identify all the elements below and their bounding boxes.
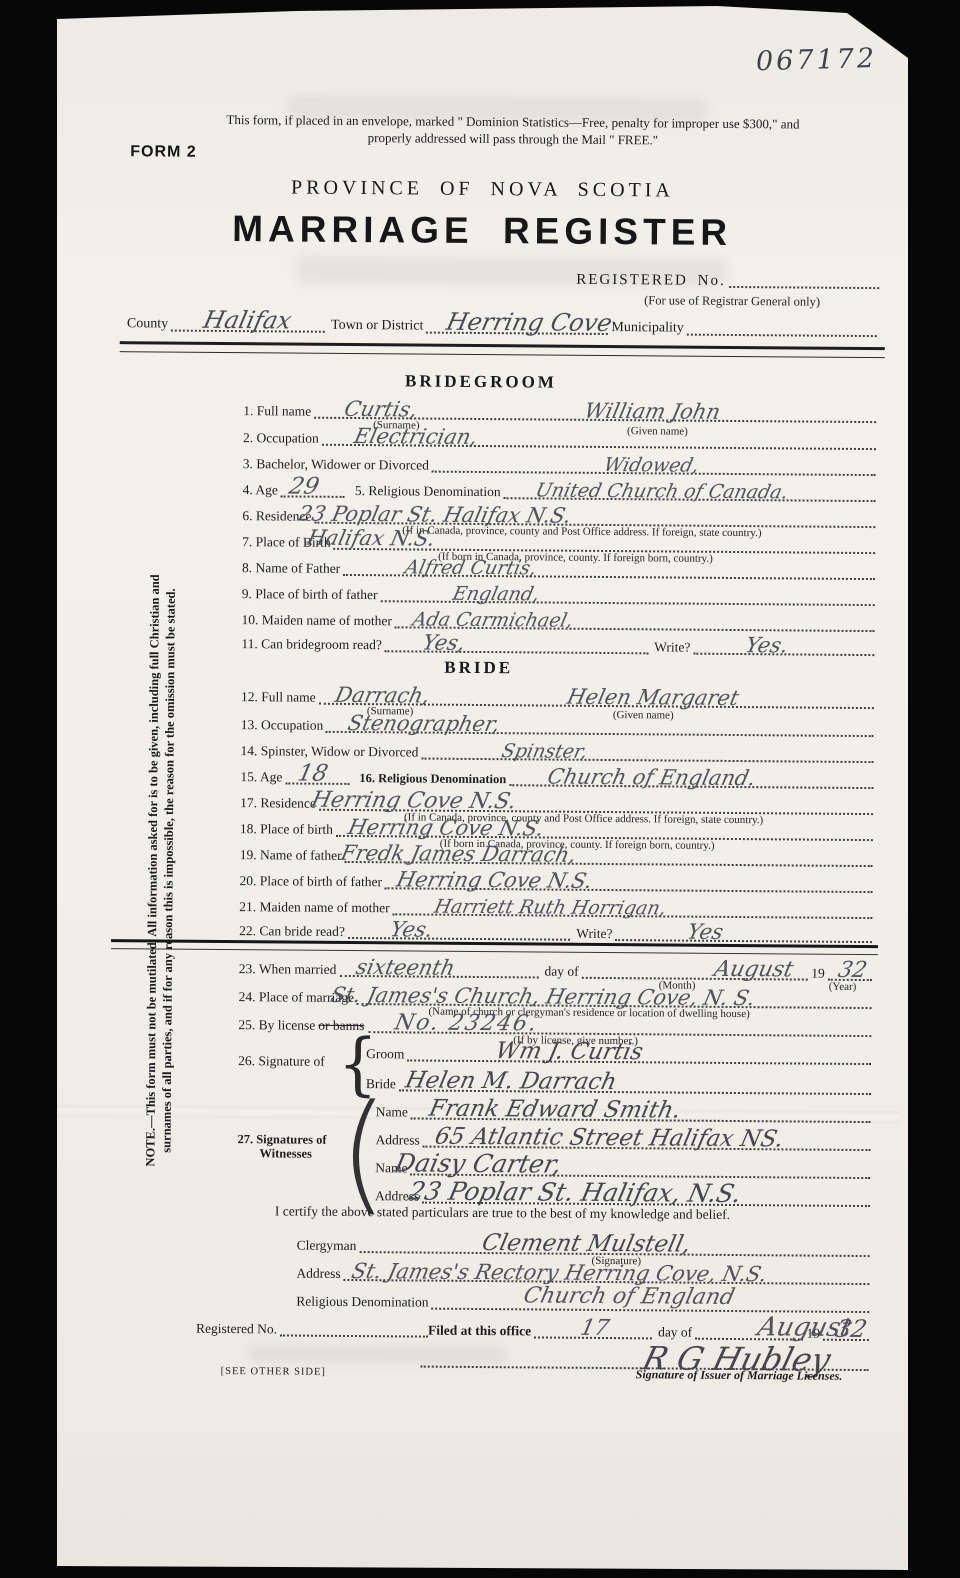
county-field: Halifax bbox=[171, 310, 325, 333]
groom-mother-field: Ada Carmichael, bbox=[395, 606, 875, 632]
groom-birthplace-value: Halifax N.S. bbox=[306, 526, 438, 551]
bride-read-label: 22. Can bride read? bbox=[239, 924, 348, 939]
clergyman-address-value: St. James's Rectory Herring Cove, N.S. bbox=[350, 1259, 770, 1286]
form-paper: 067172 This form, if placed in an envelo… bbox=[57, 6, 908, 1570]
groom-father-value: Alfred Curtis, bbox=[403, 556, 539, 579]
groom-residence-row: 6. Residence 23 Poplar St. Halifax N.S. bbox=[242, 503, 875, 528]
bride-father-birthplace-field: Herring Cove N.S. bbox=[385, 867, 873, 893]
bride-full-name-label: 12. Full name bbox=[241, 690, 319, 705]
groom-write-field: Yes. bbox=[693, 633, 874, 656]
groom-age-religion-row: 4. Age 29 5. Religious Denomination Unit… bbox=[243, 477, 876, 502]
groom-father-birthplace-row: 9. Place of birth of father England, bbox=[242, 581, 875, 606]
bride-mother-row: 21. Maiden name of mother Harriett Ruth … bbox=[239, 894, 872, 919]
bride-father-birthplace-row: 20. Place of birth of father Herring Cov… bbox=[239, 868, 872, 893]
municipality-label: Municipality bbox=[607, 321, 686, 336]
bride-read-value: Yes. bbox=[388, 917, 435, 941]
groom-religion-value: United Church of Canada. bbox=[534, 479, 791, 503]
year-field: 32 bbox=[828, 959, 872, 981]
bride-father-field: Fredk James Darrach, bbox=[345, 841, 873, 867]
bride-birthplace-row: 18. Place of birth Herring Cove N.S. bbox=[240, 816, 873, 841]
groom-birthplace-field: Halifax N.S. bbox=[334, 528, 876, 554]
bride-residence-row: 17. Residence Herring Cove N.S. bbox=[240, 790, 873, 815]
bride-given-value: Helen Margaret bbox=[565, 685, 741, 710]
groom-signature-row: Groom Wm J. Curtis bbox=[366, 1041, 871, 1065]
bride-age-religion-row: 15. Age 18 16. Religious Denomination Ch… bbox=[240, 764, 873, 789]
bride-write-label: Write? bbox=[570, 927, 615, 941]
filed-at-office-label: Filed at this office bbox=[428, 1324, 534, 1339]
witness1-address-field: 65 Atlantic Street Halifax NS. bbox=[423, 1126, 871, 1152]
groom-father-birthplace-value: England, bbox=[450, 583, 541, 606]
county-row: County Halifax Town or District Herring … bbox=[127, 311, 877, 337]
bride-mother-field: Harriett Ruth Horrigan, bbox=[393, 893, 873, 919]
footer-registered-no-label: Registered No. bbox=[196, 1322, 280, 1337]
groom-read-field: Yes, bbox=[385, 630, 648, 654]
bride-signature-value: Helen M. Darrach bbox=[403, 1067, 619, 1095]
filed-day-field: 17 bbox=[534, 1316, 652, 1339]
witness1-name-value: Frank Edward Smith. bbox=[427, 1096, 684, 1124]
bride-status-value: Spinster, bbox=[499, 740, 589, 763]
county-label: County bbox=[127, 317, 171, 331]
when-married-day-value: sixteenth bbox=[353, 955, 456, 980]
witness1-name-field: Frank Edward Smith. bbox=[411, 1097, 871, 1123]
groom-mother-row: 10. Maiden name of mother Ada Carmichael… bbox=[242, 607, 875, 632]
bride-father-birthplace-label: 20. Place of birth of father bbox=[239, 874, 385, 889]
bride-status-field: Spinster, bbox=[421, 738, 873, 764]
groom-father-birthplace-field: England, bbox=[380, 580, 874, 606]
witness-signatures-label-2: Witnesses bbox=[259, 1146, 315, 1160]
registered-no-label: REGISTERED No. bbox=[576, 273, 729, 288]
registered-no-header-row: REGISTERED No. bbox=[576, 267, 879, 289]
witness2-address-field: 23 Poplar St. Halifax, N.S. bbox=[422, 1182, 870, 1208]
when-married-row: 23. When married sixteenth day of August… bbox=[239, 956, 872, 981]
bride-residence-field: Herring Cove N.S. bbox=[319, 789, 873, 815]
groom-father-birthplace-label: 9. Place of birth of father bbox=[242, 587, 381, 602]
signature-of-label: 26. Signature of bbox=[238, 1054, 328, 1069]
bridegroom-section-heading: BRIDEGROOM bbox=[55, 369, 906, 396]
filed-day-value: 17 bbox=[578, 1316, 612, 1341]
page-content: 067172 This form, if placed in an envelo… bbox=[46, 3, 909, 1574]
clergyman-signature-value: Clement Mulstell, bbox=[479, 1230, 692, 1258]
license-value: No. 23246. bbox=[392, 1010, 541, 1036]
bride-occupation-row: 13. Occupation Stenographer, bbox=[241, 712, 874, 737]
groom-occupation-field: Electrician, bbox=[322, 424, 876, 450]
bride-age-field: 18 bbox=[285, 762, 349, 785]
clergyman-field: Clement Mulstell, bbox=[359, 1231, 869, 1257]
bride-mother-label: 21. Maiden name of mother bbox=[239, 900, 392, 915]
groom-write-label: Write? bbox=[648, 640, 693, 654]
clergyman-label: Clergyman bbox=[297, 1239, 360, 1253]
registrar-note: (For use of Registrar General only) bbox=[644, 293, 820, 309]
witness1-address-row: Address 65 Atlantic Street Halifax NS. bbox=[375, 1127, 870, 1151]
side-note: NOTE.—This form must not be mutilated. A… bbox=[142, 540, 191, 1200]
groom-signature-field: Wm J. Curtis bbox=[407, 1039, 871, 1065]
bride-religion-label: 16. Religious Denomination bbox=[349, 771, 509, 786]
clergyman-row: Clergyman Clement Mulstell, bbox=[297, 1233, 870, 1257]
county-value: Halifax bbox=[201, 306, 294, 335]
witness2-address-row: Address 23 Poplar St. Halifax, N.S. bbox=[375, 1183, 870, 1207]
page-title: MARRIAGE REGISTER bbox=[56, 207, 907, 256]
bride-status-row: 14. Spinster, Widow or Divorced Spinster… bbox=[240, 738, 873, 763]
footer-month-field: August bbox=[695, 1318, 802, 1341]
groom-father-row: 8. Name of Father Alfred Curtis, bbox=[242, 555, 875, 580]
groom-age-value: 29 bbox=[287, 474, 322, 500]
groom-read-value: Yes, bbox=[421, 631, 468, 655]
groom-full-name-row: 1. Full name Curtis, William John bbox=[243, 398, 876, 423]
issuer-signature-caption: Signature of Issuer of Marriage Licenses… bbox=[636, 1367, 843, 1384]
clergyman-address-label: Address bbox=[296, 1267, 343, 1281]
groom-religion-field: United Church of Canada. bbox=[504, 477, 876, 502]
bride-birthplace-label: 18. Place of birth bbox=[240, 822, 336, 837]
bride-religion-field: Church of England. bbox=[509, 764, 873, 789]
witness1-name-label: Name bbox=[376, 1105, 411, 1119]
groom-occupation-row: 2. Occupation Electrician, bbox=[243, 425, 876, 450]
scanned-marriage-register: { "stamp": "067172", "header": { "mail_l… bbox=[0, 0, 960, 1578]
footer-year-value: 32 bbox=[833, 1315, 870, 1343]
groom-status-field: Widowed, bbox=[432, 451, 876, 476]
groom-mother-label: 10. Maiden name of mother bbox=[242, 613, 395, 628]
bride-religion-value: Church of England. bbox=[545, 765, 758, 791]
bride-write-value: Yes bbox=[685, 920, 726, 944]
year-19-label: 19 bbox=[807, 967, 828, 981]
bride-birthplace-field: Herring Cove N.S. bbox=[336, 815, 873, 841]
groom-read-write-row: 11. Can bridegroom read? Yes, Write? Yes… bbox=[241, 631, 874, 656]
groom-occupation-value: Electrician, bbox=[352, 424, 480, 449]
groom-occupation-label: 2. Occupation bbox=[243, 431, 322, 446]
bride-signature-field: Helen M. Darrach bbox=[399, 1069, 871, 1095]
license-label: 25. By license bbox=[238, 1018, 318, 1033]
groom-write-value: Yes. bbox=[743, 633, 790, 657]
witness2-name-row: Name Daisy Carter, bbox=[375, 1155, 870, 1179]
license-field: No. 23246. bbox=[368, 1011, 871, 1037]
groom-status-label: 3. Bachelor, Widower or Divorced bbox=[243, 457, 432, 472]
witness1-name-row: Name Frank Edward Smith. bbox=[376, 1099, 871, 1123]
clergy-denomination-value: Church of England bbox=[522, 1283, 738, 1310]
registered-no-blank bbox=[729, 266, 880, 289]
see-other-side-label: [SEE OTHER SIDE] bbox=[221, 1366, 326, 1378]
groom-father-label: 8. Name of Father bbox=[242, 561, 343, 576]
bride-read-field: Yes. bbox=[348, 917, 571, 941]
town-value: Herring Cove bbox=[444, 308, 615, 337]
clergy-denomination-row: Religious Denomination Church of England bbox=[296, 1289, 869, 1313]
witness1-address-label: Address bbox=[375, 1133, 422, 1147]
groom-father-field: Alfred Curtis, bbox=[343, 554, 875, 580]
footer-registered-no-field bbox=[280, 1314, 428, 1337]
clergy-denomination-field: Church of England bbox=[432, 1288, 870, 1313]
groom-status-value: Widowed, bbox=[602, 454, 701, 477]
place-of-marriage-row: 24. Place of marriage St. James's Church… bbox=[239, 984, 872, 1009]
witness2-name-field: Daisy Carter, bbox=[410, 1153, 870, 1179]
bride-residence-value: Herring Cove N.S. bbox=[309, 788, 519, 815]
groom-residence-field: 23 Poplar St. Halifax N.S. bbox=[314, 502, 875, 528]
town-label: Town or District bbox=[325, 319, 426, 334]
form-number-label: FORM 2 bbox=[130, 143, 197, 162]
month-value: August bbox=[712, 957, 796, 983]
clergyman-address-field: St. James's Rectory Herring Cove, N.S. bbox=[344, 1259, 870, 1285]
bride-write-field: Yes bbox=[615, 919, 872, 943]
month-field: August bbox=[582, 957, 808, 981]
groom-religion-label: 5. Religious Denomination bbox=[345, 484, 504, 499]
bride-father-value: Fredk James Darrach, bbox=[339, 841, 579, 867]
groom-age-label: 4. Age bbox=[243, 483, 281, 497]
bride-occupation-field: Stenographer, bbox=[326, 711, 874, 737]
witness-signatures-label-1: 27. Signatures of bbox=[237, 1132, 329, 1147]
witness2-name-value: Daisy Carter, bbox=[392, 1148, 564, 1178]
footer-year-field: 32 bbox=[823, 1319, 869, 1341]
groom-signature-label: Groom bbox=[366, 1047, 407, 1061]
bride-surname-value: Darrach, bbox=[333, 683, 432, 708]
mail-notice: This form, if placed in an envelope, mar… bbox=[177, 111, 848, 150]
filed-row: Registered No. Filed at this office 17 d… bbox=[196, 1316, 869, 1341]
bride-full-name-row: 12. Full name Darrach, Helen Margaret bbox=[241, 684, 874, 709]
bride-read-write-row: 22. Can bride read? Yes. Write? Yes bbox=[239, 918, 872, 943]
bride-birthplace-value: Herring Cove N.S. bbox=[346, 815, 546, 840]
bride-occupation-label: 13. Occupation bbox=[241, 718, 327, 733]
bride-status-label: 14. Spinster, Widow or Divorced bbox=[240, 744, 421, 759]
stamp-number: 067172 bbox=[756, 43, 878, 77]
municipality-field bbox=[687, 314, 877, 337]
bride-age-value: 18 bbox=[295, 761, 330, 787]
groom-birthplace-row: 7. Place of Birth Halifax N.S. bbox=[242, 529, 875, 554]
groom-surname-value: Curtis, bbox=[342, 397, 420, 422]
town-field: Herring Cove bbox=[426, 312, 607, 335]
bride-residence-label: 17. Residence bbox=[240, 796, 319, 811]
groom-given-value: William John bbox=[582, 399, 723, 424]
bride-occupation-value: Stenographer, bbox=[346, 711, 503, 736]
bride-age-label: 15. Age bbox=[240, 770, 285, 784]
when-married-label: 23. When married bbox=[239, 962, 340, 977]
year-value: 32 bbox=[836, 958, 870, 983]
clergy-denomination-label: Religious Denomination bbox=[296, 1295, 431, 1310]
footer-dayof-label: day of bbox=[652, 1325, 695, 1339]
groom-status-row: 3. Bachelor, Widower or Divorced Widowed… bbox=[243, 451, 876, 476]
groom-age-field: 29 bbox=[281, 475, 345, 498]
province-heading: PROVINCE OF NOVA SCOTIA bbox=[57, 175, 908, 205]
clergyman-address-row: Address St. James's Rectory Herring Cove… bbox=[296, 1261, 869, 1285]
bride-father-label: 19. Name of father bbox=[240, 848, 345, 863]
groom-read-label: 11. Can bridegroom read? bbox=[241, 637, 385, 652]
groom-signature-value: Wm J. Curtis bbox=[493, 1038, 645, 1065]
header-divider-rule bbox=[120, 341, 885, 358]
bride-signature-row: Bride Helen M. Darrach bbox=[366, 1071, 871, 1095]
groom-mother-value: Ada Carmichael, bbox=[411, 608, 576, 631]
when-married-day-field: sixteenth bbox=[339, 955, 538, 979]
witness2-address-value: 23 Poplar St. Halifax, N.S. bbox=[406, 1176, 744, 1208]
dayof-label: day of bbox=[538, 964, 581, 978]
bride-father-birthplace-value: Herring Cove N.S. bbox=[395, 867, 595, 892]
bride-mother-value: Harriett Ruth Horrigan, bbox=[433, 896, 669, 920]
bride-father-row: 19. Name of father Fredk James Darrach, bbox=[240, 842, 873, 867]
groom-full-name-label: 1. Full name bbox=[243, 404, 314, 419]
license-row: 25. By license or banns No. 23246. bbox=[238, 1012, 871, 1037]
